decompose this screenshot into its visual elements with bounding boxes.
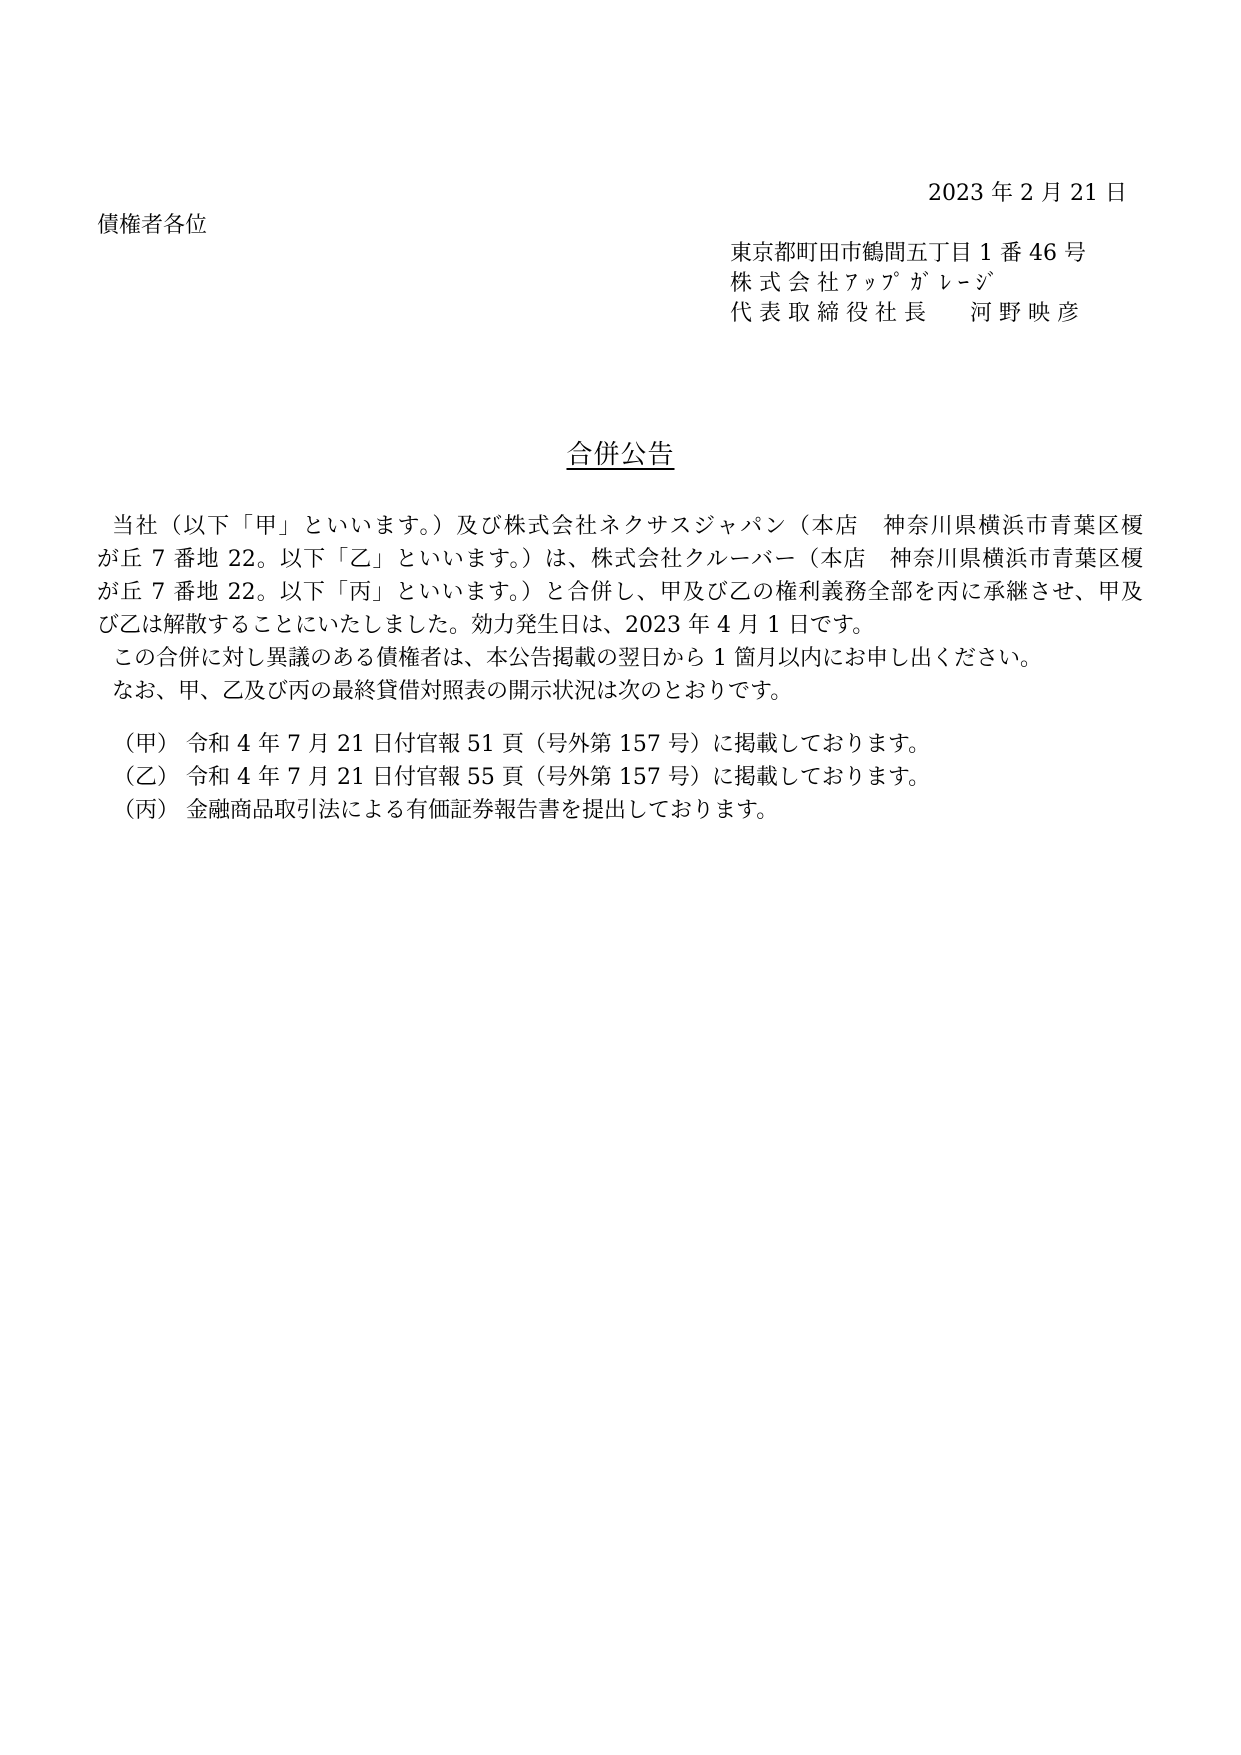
body-line: が丘 7 番地 22。以下「乙」といいます。）は、株式会社クルーバー（本店 神奈…: [97, 543, 1143, 576]
addressee-label: 債権者各位: [97, 208, 207, 239]
sender-representative: 代 表 取 締 役 社 長 河 野 映 彦: [730, 299, 1086, 329]
body-line: び乙は解散することにいたしました。効力発生日は、2023 年 4 月 1 日です…: [97, 609, 1143, 642]
document-title: 合併公告: [566, 440, 674, 470]
disclosure-item-kou: （甲） 令和 4 年 7 月 21 日付官報 51 頁（号外第 157 号）に掲…: [97, 728, 1143, 761]
body-line: この合併に対し異議のある債権者は、本公告掲載の翌日から 1 箇月以内にお申し出く…: [97, 642, 1143, 675]
document-title-row: 合併公告: [0, 434, 1241, 471]
body-line: 当社（以下「甲」といいます。）及び株式会社ネクサスジャパン（本店 神奈川県横浜市…: [97, 510, 1143, 543]
sender-company-name: 株 式 会 社 ｱ ｯ ﾌﾟ ｶﾞ ﾚ ｰ ｼﾞ: [730, 269, 1086, 299]
sender-block: 東京都町田市鶴間五丁目 1 番 46 号 株 式 会 社 ｱ ｯ ﾌﾟ ｶﾞ ﾚ…: [730, 239, 1086, 329]
disclosure-item-hei: （丙） 金融商品取引法による有価証券報告書を提出しております。: [97, 794, 1143, 827]
body-line: なお、甲、乙及び丙の最終貸借対照表の開示状況は次のとおりです。: [97, 675, 1143, 708]
disclosure-items: （甲） 令和 4 年 7 月 21 日付官報 51 頁（号外第 157 号）に掲…: [97, 728, 1143, 827]
document-body: 当社（以下「甲」といいます。）及び株式会社ネクサスジャパン（本店 神奈川県横浜市…: [97, 510, 1143, 708]
disclosure-item-otsu: （乙） 令和 4 年 7 月 21 日付官報 55 頁（号外第 157 号）に掲…: [97, 761, 1143, 794]
document-page: 2023 年 2 月 21 日 債権者各位 東京都町田市鶴間五丁目 1 番 46…: [0, 0, 1241, 1755]
sender-address: 東京都町田市鶴間五丁目 1 番 46 号: [730, 239, 1086, 269]
document-date: 2023 年 2 月 21 日: [928, 176, 1127, 207]
body-line: が丘 7 番地 22。以下「丙」といいます。）と合併し、甲及び乙の権利義務全部を…: [97, 576, 1143, 609]
